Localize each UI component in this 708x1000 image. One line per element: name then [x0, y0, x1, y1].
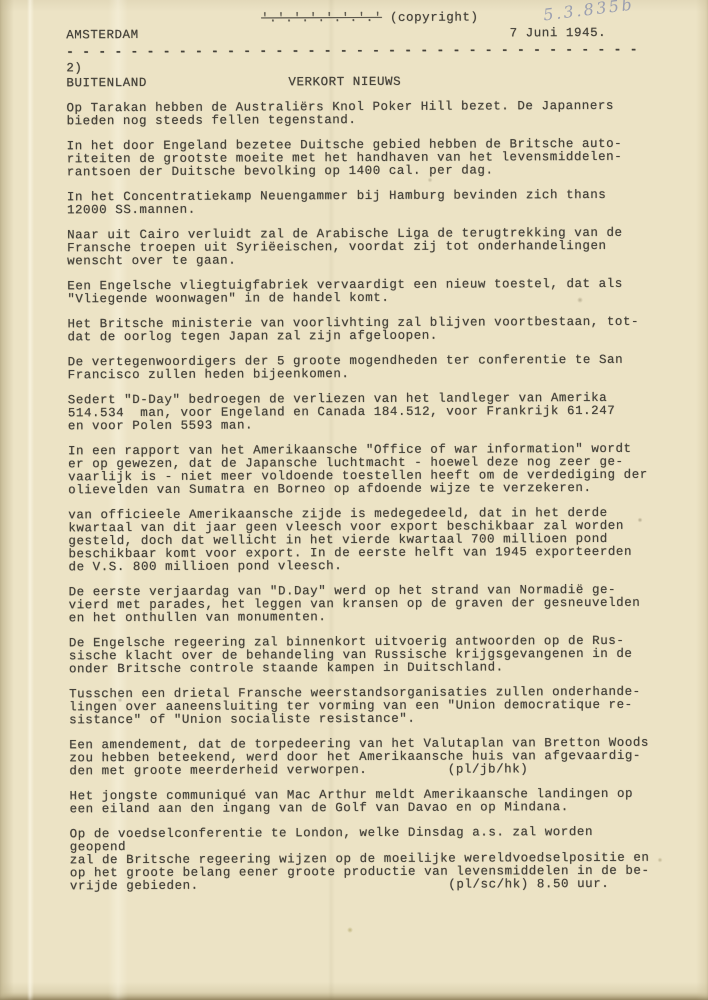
section-row: BUITENLAND VERKORT NIEUWS	[66, 75, 650, 91]
copyright-line: '.'.'.'.'.'.'.' (copyright)	[261, 11, 650, 26]
news-paragraph: Sedert "D-Day" bedroegen de verliezen va…	[68, 392, 652, 434]
news-paragraph: In het Concentratiekamp Neuengammer bij …	[67, 189, 651, 218]
news-paragraph: De Engelsche regeering zal binnenkort ui…	[69, 635, 653, 677]
copyright-label: (copyright)	[382, 10, 479, 24]
news-paragraph: In het door Engeland bezetee Duitsche ge…	[67, 138, 651, 180]
bulletin-title: VERKORT NIEUWS	[288, 76, 401, 89]
news-paragraph: van officieele Amerikaansche zijde is me…	[68, 507, 652, 575]
city-label: AMSTERDAM	[66, 29, 139, 42]
struck-out-text: '.'.'.'.'.'.'.'	[261, 11, 382, 26]
news-paragraph: De eerste verjaardag van "D.Day" werd op…	[69, 584, 653, 626]
city-date-row: AMSTERDAM 7 Juni 1945.	[66, 27, 650, 43]
news-paragraph: In een rapport van het Amerikaansche "Of…	[68, 443, 652, 498]
news-paragraph: De vertegenwoordigers der 5 groote mogen…	[68, 354, 652, 383]
date-label: 7 Juni 1945.	[510, 27, 607, 40]
news-paragraph: Op Tarakan hebben de Australiërs Knol Po…	[66, 100, 650, 129]
typed-content: '.'.'.'.'.'.'.' (copyright) AMSTERDAM 7 …	[66, 11, 654, 894]
news-paragraph: Het jongste communiqué van Mac Arthur me…	[69, 788, 653, 817]
news-paragraph: Het Britsche ministerie van voorlivhting…	[67, 316, 651, 345]
dashed-divider: - - - - - - - - - - - - - - - - - - - - …	[66, 44, 650, 60]
news-paragraph: Een Engelsche vliegtuigfabriek vervaardi…	[67, 278, 651, 307]
news-paragraph: Op de voedselconferentie te London, welk…	[70, 826, 654, 894]
news-paragraph: Een amendement, dat de torpedeering van …	[69, 737, 653, 779]
section-label: BUITENLAND	[66, 77, 147, 90]
scanned-document-page: 5.3.835b '.'.'.'.'.'.'.' (copyright) AMS…	[0, 0, 708, 1000]
news-paragraph: Tusschen een drietal Fransche weerstands…	[69, 686, 653, 728]
page-number: 2)	[66, 60, 650, 76]
news-paragraph: Naar uit Cairo verluidt zal de Arabische…	[67, 227, 651, 269]
